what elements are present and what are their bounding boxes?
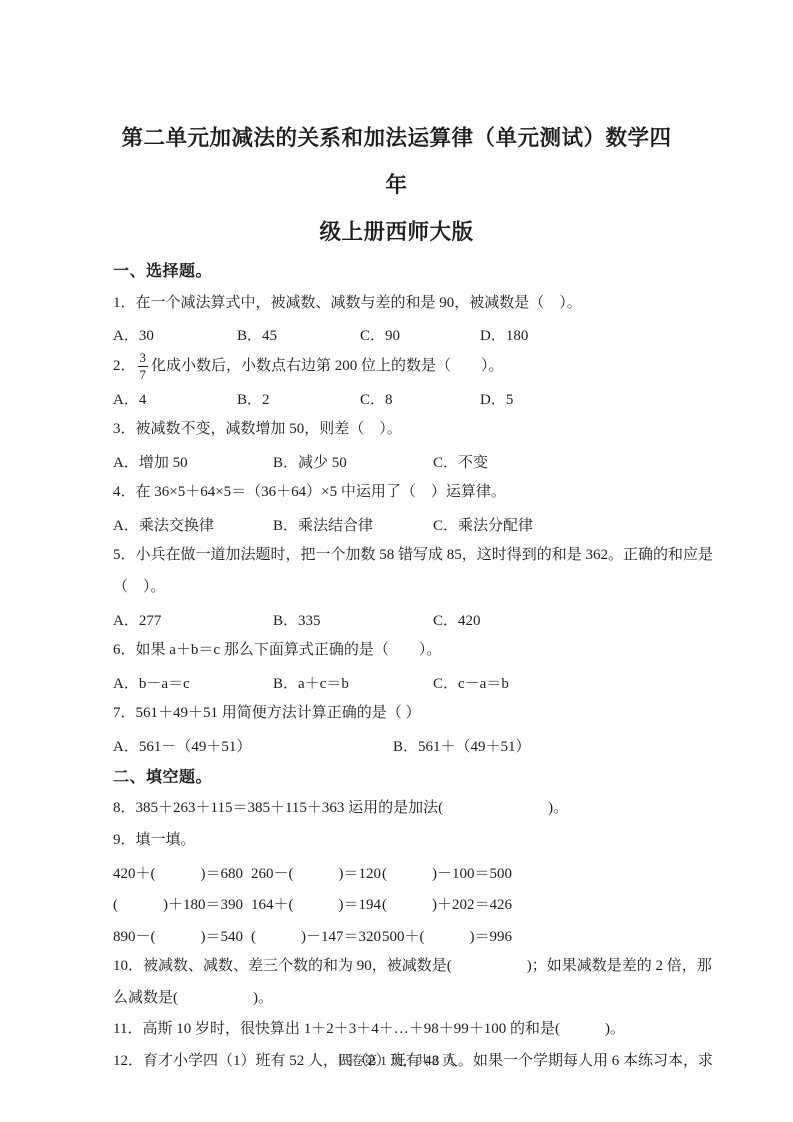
section-heading-fill: 二、填空题。 xyxy=(113,762,680,794)
question-4-text: 4．在 36×5＋64×5＝（36＋64）×5 中运用了（ ）运算律。 xyxy=(113,477,680,509)
question-6-text: 6．如果 a＋b＝c 那么下面算式正确的是（ ）。 xyxy=(113,635,680,667)
option-4-a: A．乘法交换律 xyxy=(113,514,273,535)
option-2-a: A．4 xyxy=(113,388,237,409)
question-2-text: 2． 3 7 化成小数后，小数点右边第 200 位上的数是（ ）。 xyxy=(113,351,680,383)
option-6-c: C．c－a＝b xyxy=(433,672,680,693)
option-1-d: D．180 xyxy=(480,324,680,345)
blank-equation: 890－( )＝540 xyxy=(113,925,251,946)
option-2-d: D．5 xyxy=(480,388,680,409)
question-9-text: 9．填一填。 xyxy=(113,825,680,857)
question-3-text: 3．被减数不变，减数增加 50，则差（ ）。 xyxy=(113,414,680,446)
test-paper-content: 第二单元加减法的关系和加法运算律（单元测试）数学四年 级上册西师大版 一、选择题… xyxy=(0,0,793,1077)
question-5-text-line2: （ ）。 xyxy=(113,572,680,604)
question-7-options: A．561－（49＋51） B．561＋（49＋51） xyxy=(113,730,680,762)
option-3-b: B．减少 50 xyxy=(273,451,433,472)
question-9-row-1: 420＋( )＝680 260－( )＝120 ( )－100＝500 xyxy=(113,856,680,888)
option-6-a: A．b－a＝c xyxy=(113,672,273,693)
option-7-b: B．561＋（49＋51） xyxy=(393,735,680,756)
blank-equation: 164＋( )＝194 xyxy=(251,893,382,914)
blank-equation: 260－( )＝120 xyxy=(251,862,382,883)
test-paper-page: 第二单元加减法的关系和加法运算律（单元测试）数学四年 级上册西师大版 一、选择题… xyxy=(0,0,793,1122)
blank-equation: 500＋( )＝996 xyxy=(382,925,680,946)
option-6-b: B．a＋c＝b xyxy=(273,672,433,693)
option-7-a: A．561－（49＋51） xyxy=(113,735,393,756)
section-heading-choice: 一、选择题。 xyxy=(113,256,680,288)
question-1-text: 1．在一个减法算式中，被减数、减数与差的和是 90，被减数是（ ）。 xyxy=(113,288,680,320)
blank-equation: ( )－147＝320 xyxy=(251,925,382,946)
question-1-options: A．30 B．45 C．90 D．180 xyxy=(113,319,680,351)
question-2-number: 2． xyxy=(113,351,136,383)
paper-title-line1: 第二单元加减法的关系和加法运算律（单元测试）数学四年 xyxy=(113,115,680,209)
question-11-text: 11．高斯 10 岁时，很快算出 1＋2＋3＋4＋…＋98＋99＋100 的和是… xyxy=(113,1014,680,1046)
option-3-c: C．不变 xyxy=(433,451,680,472)
option-4-b: B．乘法结合律 xyxy=(273,514,433,535)
blank-equation: ( )＋202＝426 xyxy=(382,893,680,914)
question-4-options: A．乘法交换律 B．乘法结合律 C．乘法分配律 xyxy=(113,509,680,541)
option-4-c: C．乘法分配律 xyxy=(433,514,680,535)
fraction-three-sevenths: 3 7 xyxy=(138,351,149,383)
fraction-numerator: 3 xyxy=(138,351,149,367)
option-1-c: C．90 xyxy=(360,324,480,345)
option-5-a: A．277 xyxy=(113,609,273,630)
blank-equation: ( )＋180＝390 xyxy=(113,893,251,914)
paper-title-line2: 级上册西师大版 xyxy=(113,209,680,256)
option-2-b: B．2 xyxy=(237,388,360,409)
question-7-text: 7．561＋49＋51 用简便方法计算正确的是（ ） xyxy=(113,698,680,730)
option-2-c: C．8 xyxy=(360,388,480,409)
question-10-text-line2: 么减数是( )。 xyxy=(113,983,680,1015)
question-2-options: A．4 B．2 C．8 D．5 xyxy=(113,382,680,414)
question-5-text-line1: 5．小兵在做一道加法题时，把一个加数 58 错写成 85，这时得到的和是 362… xyxy=(113,540,680,572)
question-8-text: 8．385＋263＋115＝385＋115＋363 运用的是加法( )。 xyxy=(113,793,680,825)
question-2-stem: 化成小数后，小数点右边第 200 位上的数是（ ）。 xyxy=(151,351,504,383)
option-5-b: B．335 xyxy=(273,609,433,630)
question-5-options: A．277 B．335 C．420 xyxy=(113,604,680,636)
question-9-row-2: ( )＋180＝390 164＋( )＝194 ( )＋202＝426 xyxy=(113,888,680,920)
question-10-text-line1: 10．被减数、减数、差三个数的和为 90，被减数是( )；如果减数是差的 2 倍… xyxy=(113,951,680,983)
option-1-b: B．45 xyxy=(237,324,360,345)
fraction-denominator: 7 xyxy=(140,367,147,382)
paper-title: 第二单元加减法的关系和加法运算律（单元测试）数学四年 级上册西师大版 xyxy=(113,115,680,256)
option-1-a: A．30 xyxy=(113,324,237,345)
option-3-a: A．增加 50 xyxy=(113,451,273,472)
option-5-c: C．420 xyxy=(433,609,680,630)
blank-equation: 420＋( )＝680 xyxy=(113,862,251,883)
question-3-options: A．增加 50 B．减少 50 C．不变 xyxy=(113,446,680,478)
question-9-row-3: 890－( )＝540 ( )－147＝320 500＋( )＝996 xyxy=(113,919,680,951)
page-footer: 试卷第 1 页，共 2 页 xyxy=(0,1050,793,1069)
question-6-options: A．b－a＝c B．a＋c＝b C．c－a＝b xyxy=(113,667,680,699)
blank-equation: ( )－100＝500 xyxy=(382,862,680,883)
